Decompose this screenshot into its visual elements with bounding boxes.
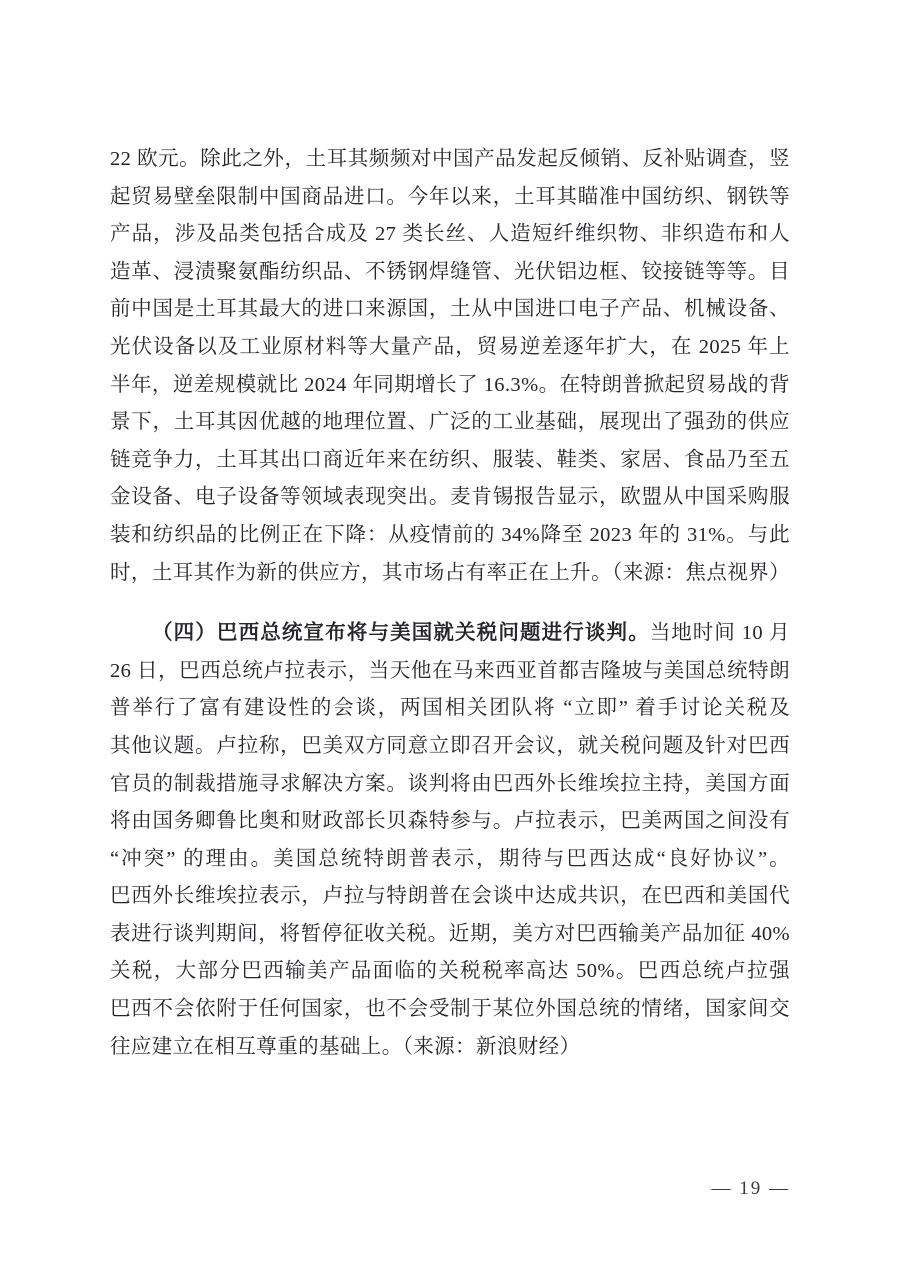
paragraph-brazil-us-talks: （四）巴西总统宣布将与美国就关税问题进行谈判。当地时间 10 月 26 日，巴西… xyxy=(110,615,790,1066)
text-line: 链竞争力，土耳其出口商近年来在纺织、服装、鞋类、家居、食品乃至五 xyxy=(110,442,790,480)
text-line: 表进行谈判期间，将暂停征收关税。近期，美方对巴西输美产品加征 40% xyxy=(110,916,790,954)
text-line: 官员的制裁措施寻求解决方案。谈判将由巴西外长维埃拉主持，美国方面 xyxy=(110,766,790,804)
text-line: 巴西不会依附于任何国家，也不会受制于某位外国总统的情绪，国家间交 xyxy=(110,991,790,1029)
text-line: 造革、浸渍聚氨酯纺织品、不锈钢焊缝管、光伏铝边框、铰接链等等。目 xyxy=(110,254,790,292)
page-content: 22 欧元。除此之外，土耳其频频对中国产品发起反倾销、反补贴调查，竖 起贸易壁垒… xyxy=(110,141,790,1066)
text-line: “冲突” 的理由。美国总统特朗普表示，期待与巴西达成“良好协议”。 xyxy=(110,841,790,879)
text-line: 装和纺织品的比例正在下降：从疫情前的 34%降至 2023 年的 31%。与此同 xyxy=(110,517,790,555)
heading-trailing-text: 当地时间 10 月 xyxy=(650,622,790,644)
text-line: 普举行了富有建设性的会谈，两国相关团队将 “立即” 着手讨论关税及 xyxy=(110,690,790,728)
text-line: 光伏设备以及工业原材料等大量产品，贸易逆差逐年扩大，在 2025 年上 xyxy=(110,329,790,367)
section-heading: （四）巴西总统宣布将与美国就关税问题进行谈判。 xyxy=(152,622,650,644)
text-line: 前中国是土耳其最大的进口来源国，土从中国进口电子产品、机械设备、 xyxy=(110,291,790,329)
text-line: 景下，土耳其因优越的地理位置、广泛的工业基础，展现出了强劲的供应 xyxy=(110,404,790,442)
text-line: 巴西外长维埃拉表示，卢拉与特朗普在会谈中达成共识，在巴西和美国代 xyxy=(110,878,790,916)
text-line: 时，土耳其作为新的供应方，其市场占有率正在上升。（来源：焦点视界） xyxy=(110,555,790,593)
text-line: 起贸易壁垒限制中国商品进口。今年以来，土耳其瞄准中国纺织、钢铁等 xyxy=(110,179,790,217)
text-line: 其他议题。卢拉称，巴美双方同意立即召开会议，就关税问题及针对巴西 xyxy=(110,728,790,766)
document-page: 22 欧元。除此之外，土耳其频频对中国产品发起反倾销、反补贴调查，竖 起贸易壁垒… xyxy=(0,0,900,1272)
text-line: 关税，大部分巴西输美产品面临的关税税率高达 50%。巴西总统卢拉强调， xyxy=(110,953,790,991)
paragraph-turkey-trade: 22 欧元。除此之外，土耳其频频对中国产品发起反倾销、反补贴调查，竖 起贸易壁垒… xyxy=(110,141,790,592)
text-line: 产品，涉及品类包括合成及 27 类长丝、人造短纤维织物、非织造布和人 xyxy=(110,216,790,254)
page-number: — 19 — xyxy=(712,1178,791,1200)
text-line: 将由国务卿鲁比奥和财政部长贝森特参与。卢拉表示，巴美两国之间没有 xyxy=(110,803,790,841)
text-line: 往应建立在相互尊重的基础上。（来源：新浪财经） xyxy=(110,1029,790,1067)
text-line: 22 欧元。除此之外，土耳其频频对中国产品发起反倾销、反补贴调查，竖 xyxy=(110,141,790,179)
text-line: 金设备、电子设备等领域表现突出。麦肯锡报告显示，欧盟从中国采购服 xyxy=(110,479,790,517)
text-line: 26 日，巴西总统卢拉表示，当天他在马来西亚首都吉隆坡与美国总统特朗 xyxy=(110,653,790,691)
section-heading-line: （四）巴西总统宣布将与美国就关税问题进行谈判。当地时间 10 月 xyxy=(110,615,790,653)
text-line: 半年，逆差规模就比 2024 年同期增长了 16.3%。在特朗普掀起贸易战的背 xyxy=(110,367,790,405)
